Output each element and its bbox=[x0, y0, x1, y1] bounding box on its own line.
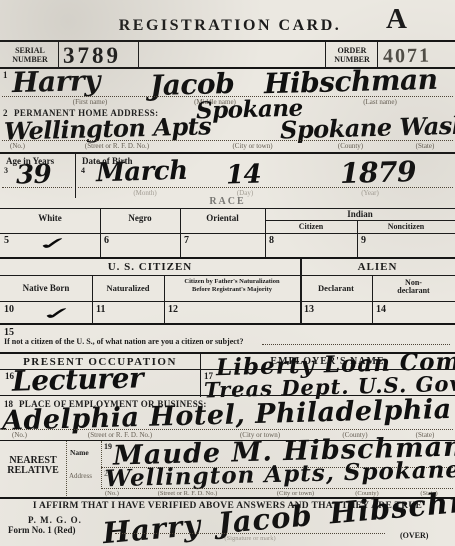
citizen-box-13: 13 bbox=[304, 304, 314, 315]
citizenship-section: U. S. CITIZEN ALIEN Native Born Naturali… bbox=[0, 257, 455, 325]
rule bbox=[0, 233, 455, 234]
occupation-section: PRESENT OCCUPATION EMPLOYER'S NAME 16 Le… bbox=[0, 352, 455, 395]
race-col-oriental: Oriental bbox=[180, 213, 265, 223]
rule bbox=[265, 220, 455, 221]
registration-card: REGISTRATION CARD. A SERIAL NUMBER 3789 … bbox=[0, 0, 455, 546]
divider bbox=[357, 220, 358, 257]
address-col-label-street: (Street or R. F. D. No.) bbox=[52, 142, 182, 150]
race-box-7: 7 bbox=[184, 235, 189, 246]
rule bbox=[0, 275, 455, 276]
address-col-label-state: (State) bbox=[400, 142, 450, 150]
line-number-19: 19 bbox=[104, 442, 112, 451]
citizen-box-12: 12 bbox=[168, 304, 178, 315]
divider bbox=[138, 42, 139, 69]
corner-letter-a: A bbox=[386, 3, 407, 36]
rule bbox=[0, 301, 455, 302]
form-number: Form No. 1 (Red) bbox=[8, 525, 75, 535]
divider bbox=[75, 154, 76, 198]
signature-line bbox=[115, 533, 385, 534]
line-number-3: 3 bbox=[4, 166, 8, 175]
alien-header: ALIEN bbox=[300, 261, 455, 273]
race-col-white: White bbox=[0, 213, 100, 223]
divider bbox=[101, 441, 102, 489]
relative-col-label-street: (Street or R. F. D. No.) bbox=[130, 490, 245, 497]
race-box-5: 5 bbox=[4, 235, 9, 246]
age-baseline bbox=[2, 187, 72, 188]
line-number-1: 1 bbox=[3, 70, 8, 80]
declarant-header: Declarant bbox=[300, 283, 372, 293]
race-col-indian: Indian bbox=[265, 209, 455, 219]
relative-name-label: Name bbox=[70, 448, 89, 457]
order-label-line2: NUMBER bbox=[327, 55, 377, 64]
age-value-handwriting: 39 bbox=[16, 160, 52, 191]
nearest-relative-label-line2: RELATIVE bbox=[0, 465, 66, 476]
dob-month-handwriting: March bbox=[96, 156, 188, 188]
divider bbox=[100, 208, 101, 257]
nearest-relative-section: NEAREST RELATIVE Name Address 19 Maude M… bbox=[0, 440, 455, 497]
race-box-9: 9 bbox=[361, 235, 366, 246]
divider bbox=[164, 275, 165, 324]
citizen-box-14: 14 bbox=[376, 304, 386, 315]
footer-band: P. M. G. O. Form No. 1 (Red) Harry Jacob… bbox=[0, 512, 455, 546]
address-col-label-no: (No.) bbox=[10, 142, 25, 150]
nation-question: If not a citizen of the U. S., of what n… bbox=[4, 337, 243, 346]
dob-baseline bbox=[78, 187, 453, 188]
card-title: REGISTRATION CARD. bbox=[40, 17, 420, 35]
nation-answer-line bbox=[262, 344, 450, 345]
naturalized-header: Naturalized bbox=[92, 283, 164, 293]
line-number-4: 4 bbox=[81, 166, 85, 175]
address-line: 2 PERMANENT HOME ADDRESS: Spokane Wellin… bbox=[0, 104, 455, 152]
divider bbox=[66, 441, 67, 498]
divider bbox=[300, 259, 302, 324]
signature-label: (Signature or mark) bbox=[170, 535, 330, 542]
address-baseline bbox=[2, 140, 453, 141]
age-dob-band: Age in Years Date of Birth 3 39 4 March … bbox=[0, 152, 455, 196]
occupation-handwriting: Lecturer bbox=[12, 361, 144, 397]
nation-line: 15 If not a citizen of the U. S., of wha… bbox=[0, 325, 455, 352]
relative-col-label-no: (No.) bbox=[105, 490, 119, 497]
relative-address-baseline bbox=[101, 488, 453, 489]
serial-label-line1: SERIAL bbox=[3, 46, 57, 55]
relative-address-label: Address bbox=[69, 472, 92, 480]
race-section-title: RACE bbox=[0, 196, 455, 207]
native-born-checkmark: ✓ bbox=[41, 304, 73, 324]
divider bbox=[265, 208, 266, 257]
race-section: RACE White Negro Oriental Indian Citizen… bbox=[0, 196, 455, 257]
race-col-indian-noncitizen: Noncitizen bbox=[357, 222, 455, 231]
over-label: (OVER) bbox=[400, 531, 428, 540]
address-col-label-county: (County) bbox=[318, 142, 383, 150]
dob-day-handwriting: 14 bbox=[226, 160, 262, 191]
card-header: REGISTRATION CARD. A bbox=[0, 0, 455, 40]
divider bbox=[180, 208, 181, 257]
race-col-negro: Negro bbox=[100, 213, 180, 223]
citizen-box-10: 10 bbox=[4, 304, 14, 315]
employment-col-label-no: (No.) bbox=[12, 431, 27, 439]
father-naturalization-header-line1: Citizen by Father's Naturalization bbox=[164, 278, 300, 285]
employment-baseline bbox=[2, 429, 453, 430]
first-name-handwriting: Harry bbox=[12, 64, 101, 99]
dob-year-handwriting: 1879 bbox=[340, 155, 417, 190]
race-col-indian-citizen: Citizen bbox=[265, 222, 357, 231]
us-citizen-header: U. S. CITIZEN bbox=[0, 261, 300, 273]
race-box-8: 8 bbox=[269, 235, 274, 246]
citizen-box-11: 11 bbox=[96, 304, 105, 315]
order-label-line1: ORDER bbox=[327, 46, 377, 55]
divider bbox=[92, 275, 93, 324]
serial-label-line2: NUMBER bbox=[3, 55, 57, 64]
white-checkmark: ✓ bbox=[37, 234, 69, 254]
divider bbox=[372, 275, 373, 324]
form-org: P. M. G. O. bbox=[28, 515, 82, 525]
address-col-label-city: (City or town) bbox=[205, 142, 300, 150]
race-box-6: 6 bbox=[104, 235, 109, 246]
employment-col-label-street: (Street or R. F. D. No.) bbox=[55, 431, 185, 439]
father-naturalization-header-line2: Before Registrant's Majority bbox=[164, 286, 300, 293]
nondeclarant-header-line2: declarant bbox=[372, 286, 455, 295]
native-born-header: Native Born bbox=[0, 283, 92, 293]
